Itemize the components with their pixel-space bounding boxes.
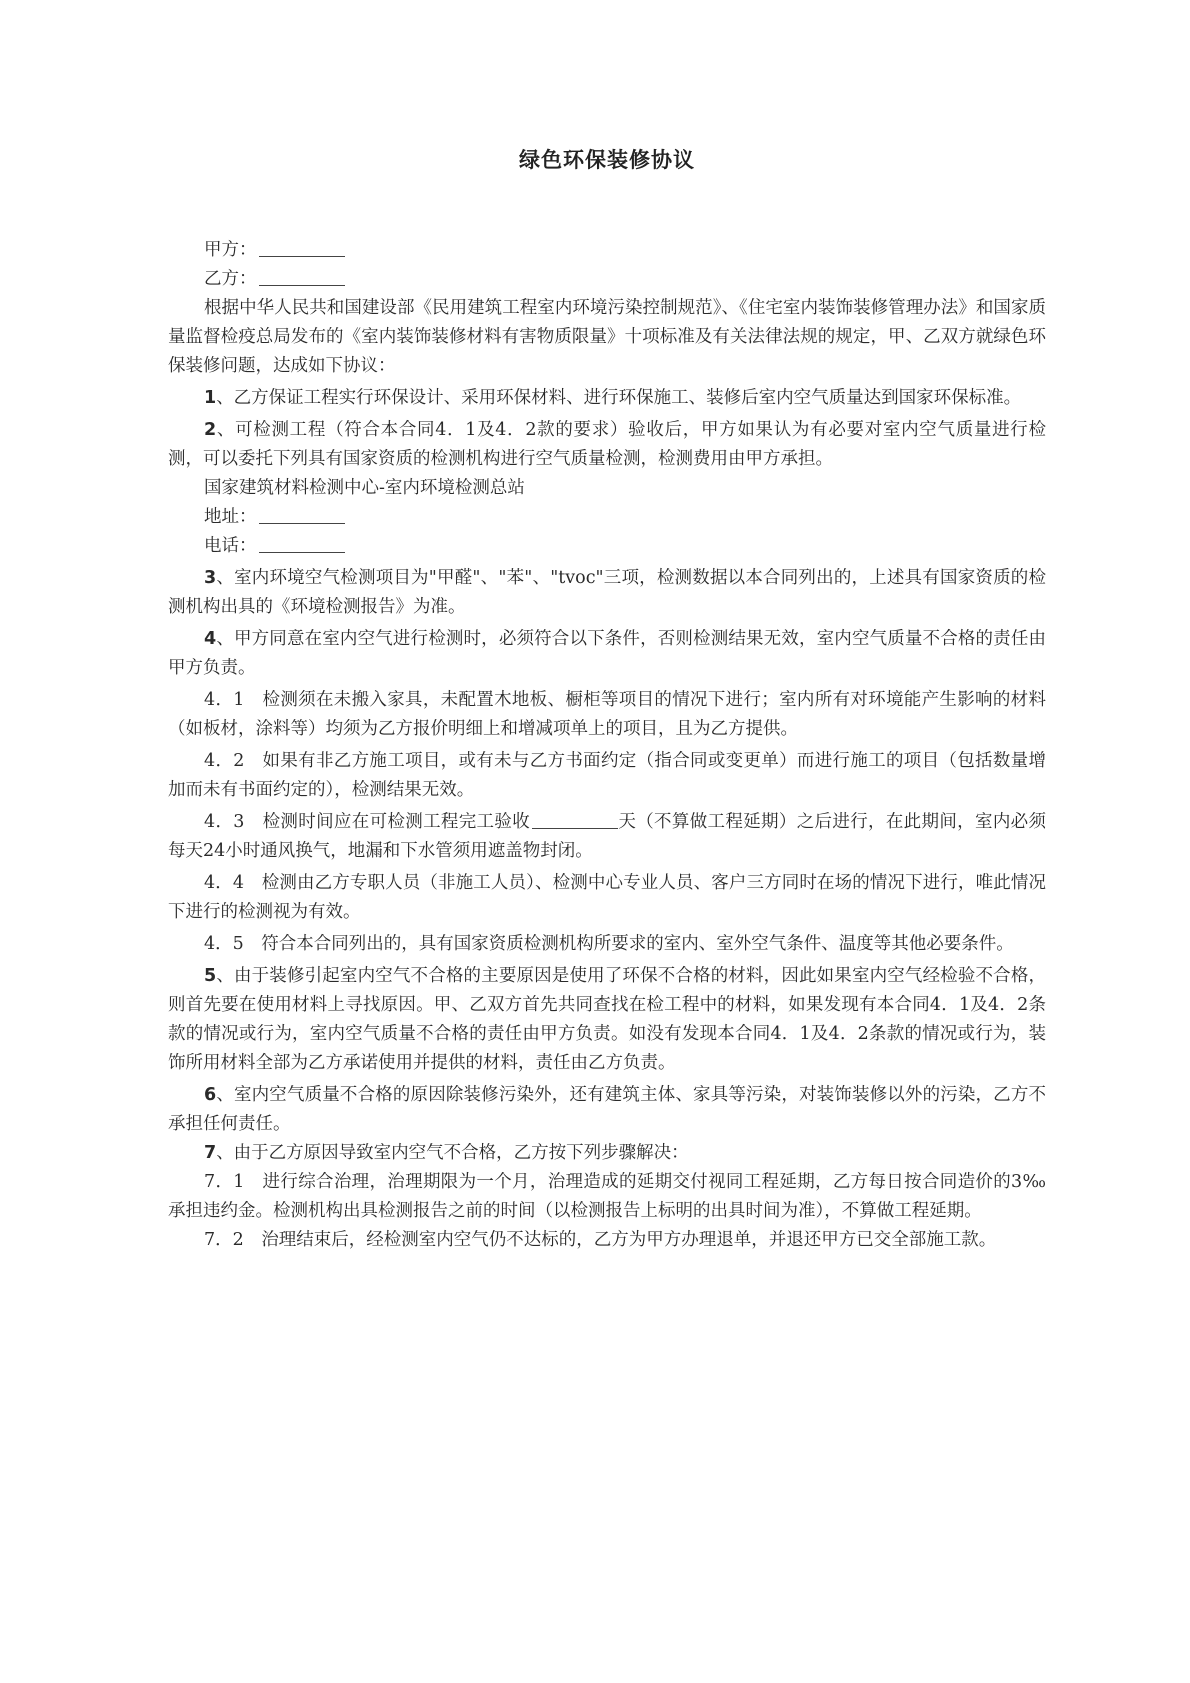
clause-6: 6、室内空气质量不合格的原因除装修污染外，还有建筑主体、家具等污染，对装饰装修以… [168,1081,1046,1139]
clause-number: 1 [204,388,216,408]
party-a-label: 甲方： [204,240,257,260]
agency-name: 国家建筑材料检测中心-室内环境检测总站 [168,474,1046,503]
clause-3: 3、室内环境空气检测项目为"甲醛"、"苯"、"tvoc"三项，检测数据以本合同列… [168,564,1046,622]
phone-blank[interactable] [259,534,345,553]
phone-label: 电话： [204,536,257,556]
clause-2: 2、可检测工程（符合本合同4．1及4．2款的要求）验收后，甲方如果认为有必要对室… [168,416,1046,474]
clause-7: 7、由于乙方原因导致室内空气不合格，乙方按下列步骤解决： [168,1139,1046,1168]
clause-text: 、室内环境空气检测项目为"甲醛"、"苯"、"tvoc"三项，检测数据以本合同列出… [168,568,1046,617]
clause-text: 、可检测工程（符合本合同4．1及4．2款的要求）验收后，甲方如果认为有必要对室内… [168,420,1046,469]
clause-number: 6 [204,1085,216,1105]
document-page: 绿色环保装修协议 甲方： 乙方： 根据中华人民共和国建设部《民用建筑工程室内环境… [168,140,1046,1255]
address-label: 地址： [204,507,257,527]
sub-clause-4-4: 4．4 检测由乙方专职人员（非施工人员）、检测中心专业人员、客户三方同时在场的情… [168,869,1046,927]
clause-number: 5 [204,966,216,986]
sub-clause-4-1: 4．1 检测须在未搬入家具，未配置木地板、橱柜等项目的情况下进行；室内所有对环境… [168,686,1046,744]
address-blank[interactable] [259,505,345,524]
sub-clause-4-3: 4．3 检测时间应在可检测工程完工验收天（不算做工程延期）之后进行，在此期间，室… [168,808,1046,866]
clause-text: 、甲方同意在室内空气进行检测时，必须符合以下条件，否则检测结果无效，室内空气质量… [168,629,1046,678]
sub-clause-text: 4．3 检测时间应在可检测工程完工验收 [204,812,530,832]
party-b-label: 乙方： [204,269,257,289]
clause-number: 7 [204,1143,216,1163]
preamble: 根据中华人民共和国建设部《民用建筑工程室内环境污染控制规范》、《住宅室内装饰装修… [168,294,1046,381]
clause-number: 3 [204,568,216,588]
party-a-blank[interactable] [259,238,345,257]
party-a-line: 甲方： [168,236,1046,265]
clause-text: 、由于装修引起室内空气不合格的主要原因是使用了环保不合格的材料，因此如果室内空气… [168,966,1046,1073]
clause-text: 、室内空气质量不合格的原因除装修污染外，还有建筑主体、家具等污染，对装饰装修以外… [168,1085,1046,1134]
document-title: 绿色环保装修协议 [168,140,1046,180]
agency-phone-line: 电话： [168,532,1046,561]
party-b-blank[interactable] [259,267,345,286]
clause-1: 1、乙方保证工程实行环保设计、采用环保材料、进行环保施工、装修后室内空气质量达到… [168,384,1046,413]
party-b-line: 乙方： [168,265,1046,294]
agency-address-line: 地址： [168,503,1046,532]
sub-clause-4-2: 4．2 如果有非乙方施工项目，或有未与乙方书面约定（指合同或变更单）而进行施工的… [168,747,1046,805]
days-blank[interactable] [532,810,618,829]
clause-5: 5、由于装修引起室内空气不合格的主要原因是使用了环保不合格的材料，因此如果室内空… [168,962,1046,1078]
clause-number: 2 [204,420,216,440]
clause-text: 、乙方保证工程实行环保设计、采用环保材料、进行环保施工、装修后室内空气质量达到国… [216,388,1021,408]
clause-number: 4 [204,629,216,649]
clause-text: 、由于乙方原因导致室内空气不合格，乙方按下列步骤解决： [216,1143,689,1163]
sub-clause-7-2: 7．2 治理结束后，经检测室内空气仍不达标的，乙方为甲方办理退单，并退还甲方已交… [168,1226,1046,1255]
clause-4: 4、甲方同意在室内空气进行检测时，必须符合以下条件，否则检测结果无效，室内空气质… [168,625,1046,683]
sub-clause-4-5: 4．5 符合本合同列出的，具有国家资质检测机构所要求的室内、室外空气条件、温度等… [168,930,1046,959]
sub-clause-7-1: 7．1 进行综合治理，治理期限为一个月，治理造成的延期交付视同工程延期，乙方每日… [168,1168,1046,1226]
